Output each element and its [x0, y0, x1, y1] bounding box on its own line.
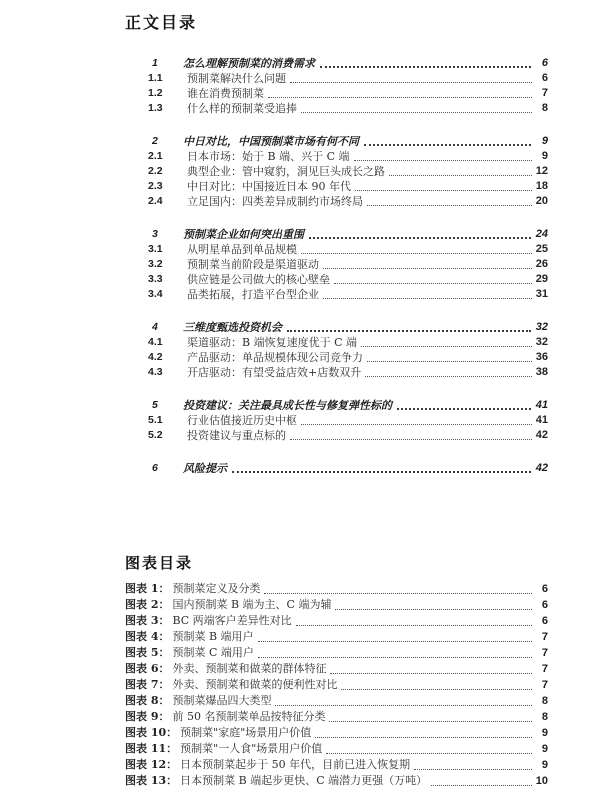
subsection-title: 预制菜解决什么问题: [187, 71, 286, 86]
page-number: 7: [534, 86, 548, 101]
page-number: 32: [534, 335, 548, 350]
figure-entry[interactable]: 图表 8： 预制菜爆品四大类型 8: [125, 693, 548, 709]
subsection-title: 什么样的预制菜受追捧: [187, 101, 297, 116]
dot-leader: [365, 376, 532, 377]
page-number: 42: [534, 428, 548, 443]
subsection-number: 5.2: [148, 428, 187, 443]
section-number: 5: [152, 398, 183, 413]
dot-leader: [268, 97, 532, 98]
figure-label: 图表 5：: [125, 645, 169, 661]
figure-label: 图表 7：: [125, 677, 169, 693]
page-number: 12: [534, 164, 548, 179]
toc-subentry[interactable]: 2.2 典型企业：管中窥豹，洞见巨头成长之路 12: [125, 164, 548, 179]
toc-subentry[interactable]: 2.1 日本市场：始于 B 端、兴于 C 端 9: [125, 149, 548, 164]
subsection-title: 开店驱动：有望受益店效+店数双升: [187, 365, 361, 380]
dot-leader: [323, 268, 532, 269]
toc-subentry[interactable]: 3.1 从明星单品到单品规模 25: [125, 242, 548, 257]
subsection-number: 4.1: [148, 335, 187, 350]
toc-subentry[interactable]: 4.3 开店驱动：有望受益店效+店数双升 38: [125, 365, 548, 380]
page-number: 9: [534, 134, 548, 149]
subsection-title: 供应链是公司做大的核心壁垒: [187, 272, 330, 287]
figure-entry[interactable]: 图表 13： 日本预制菜 B 端起步更快、C 端潜力更强（万吨） 10: [125, 773, 548, 789]
dot-leader: [355, 190, 532, 191]
page-number: 32: [534, 320, 548, 335]
toc-section-entry[interactable]: 6 风险提示 42: [125, 461, 548, 476]
dot-leader: [290, 82, 532, 83]
toc-subentry[interactable]: 3.2 预制菜当前阶段是渠道驱动 26: [125, 257, 548, 272]
main-toc-title: 正文目录: [125, 14, 548, 32]
figure-label: 图表 13：: [125, 773, 177, 789]
toc-subentry[interactable]: 1.2 谁在消费预制菜 7: [125, 86, 548, 101]
section-title: 怎么理解预制菜的消费需求: [183, 56, 315, 71]
dot-leader: [326, 753, 532, 754]
toc-subentry[interactable]: 2.4 立足国内：四类差异成制约市场终局 20: [125, 194, 548, 209]
subsection-number: 4.3: [148, 365, 187, 380]
subsection-number: 3.1: [148, 242, 187, 257]
page-number: 6: [534, 71, 548, 86]
dot-leader: [414, 769, 532, 770]
figure-label: 图表 12：: [125, 757, 177, 773]
page-number: 42: [534, 461, 548, 476]
toc-subentry[interactable]: 1.3 什么样的预制菜受追捧 8: [125, 101, 548, 116]
page-number: 6: [534, 613, 548, 629]
figure-label: 图表 9：: [125, 709, 169, 725]
subsection-title: 从明星单品到单品规模: [187, 242, 297, 257]
figures-toc-list: 图表 1： 预制菜定义及分类 6 图表 2： 国内预制菜 B 端为主、C 端为辅…: [125, 581, 548, 789]
toc-subentry[interactable]: 5.2 投资建议与重点标的 42: [125, 428, 548, 443]
figure-title: 前 50 名预制菜单品按特征分类: [172, 709, 325, 725]
toc-section: 6 风险提示 42: [125, 461, 548, 476]
figure-title: 外卖、预制菜和做菜的便利性对比: [172, 677, 337, 693]
section-title: 预制菜企业如何突出重围: [183, 227, 304, 242]
subsection-number: 2.3: [148, 179, 187, 194]
figure-entry[interactable]: 图表 5： 预制菜 C 端用户 7: [125, 645, 548, 661]
toc-subentry[interactable]: 2.3 中日对比：中国接近日本 90 年代 18: [125, 179, 548, 194]
page-number: 6: [534, 581, 548, 597]
subsection-number: 1.2: [148, 86, 187, 101]
dot-leader: [315, 737, 532, 738]
page-number: 20: [534, 194, 548, 209]
dot-leader: [361, 346, 532, 347]
figure-title: 外卖、预制菜和做菜的群体特征: [172, 661, 326, 677]
subsection-title: 渠道驱动：B 端恢复速度优于 C 端: [187, 335, 357, 350]
figure-title: 日本预制菜起步于 50 年代，目前已进入恢复期: [180, 757, 410, 773]
dot-leader: [335, 609, 532, 610]
subsection-number: 1.1: [148, 71, 187, 86]
subsection-number: 2.4: [148, 194, 187, 209]
dot-leader: [364, 144, 531, 146]
section-number: 3: [152, 227, 183, 242]
dot-leader: [264, 593, 532, 594]
subsection-title: 日本市场：始于 B 端、兴于 C 端: [187, 149, 350, 164]
toc-section: 3 预制菜企业如何突出重围 24 3.1 从明星单品到单品规模 25 3.2 预…: [125, 227, 548, 302]
page-number: 7: [534, 645, 548, 661]
subsection-title: 典型企业：管中窥豹，洞见巨头成长之路: [187, 164, 385, 179]
figure-title: 预制菜"家庭"场景用户价值: [180, 725, 311, 741]
dot-leader: [290, 439, 532, 440]
dot-leader: [431, 785, 532, 786]
dot-leader: [301, 112, 532, 113]
section-number: 4: [152, 320, 183, 335]
subsection-title: 品类拓展，打造平台型企业: [187, 287, 319, 302]
main-toc-list: 1 怎么理解预制菜的消费需求 6 1.1 预制菜解决什么问题 6 1.2 谁在消…: [125, 56, 548, 476]
dot-leader: [334, 283, 532, 284]
figure-entry[interactable]: 图表 4： 预制菜 B 端用户 7: [125, 629, 548, 645]
page-number: 26: [534, 257, 548, 272]
page-number: 38: [534, 365, 548, 380]
page-number: 9: [534, 149, 548, 164]
figure-title: 日本预制菜 B 端起步更快、C 端潜力更强（万吨）: [180, 773, 427, 789]
subsection-number: 2.1: [148, 149, 187, 164]
subsection-number: 4.2: [148, 350, 187, 365]
section-number: 1: [152, 56, 183, 71]
toc-subentry[interactable]: 3.4 品类拓展，打造平台型企业 31: [125, 287, 548, 302]
figure-entry[interactable]: 图表 3： BC 两端客户差异性对比 6: [125, 613, 548, 629]
toc-section-entry[interactable]: 4 三维度甄选投资机会 32: [125, 320, 548, 335]
figure-entry[interactable]: 图表 10： 预制菜"家庭"场景用户价值 9: [125, 725, 548, 741]
subsection-number: 3.4: [148, 287, 187, 302]
page-number: 31: [534, 287, 548, 302]
dot-leader: [258, 657, 532, 658]
subsection-title: 立足国内：四类差异成制约市场终局: [187, 194, 363, 209]
figure-title: 预制菜爆品四大类型: [172, 693, 271, 709]
dot-leader: [301, 253, 532, 254]
section-number: 6: [152, 461, 183, 476]
toc-section: 5 投资建议：关注最具成长性与修复弹性标的 41 5.1 行业估值接近历史中枢 …: [125, 398, 548, 443]
page-number: 36: [534, 350, 548, 365]
figure-title: 预制菜 B 端用户: [172, 629, 253, 645]
figure-label: 图表 1：: [125, 581, 169, 597]
dot-leader: [367, 205, 532, 206]
toc-subentry[interactable]: 3.3 供应链是公司做大的核心壁垒 29: [125, 272, 548, 287]
section-items: 1.1 预制菜解决什么问题 6 1.2 谁在消费预制菜 7 1.3 什么样的预制…: [125, 71, 548, 116]
figure-entry[interactable]: 图表 12： 日本预制菜起步于 50 年代，目前已进入恢复期 9: [125, 757, 548, 773]
toc-subentry[interactable]: 1.1 预制菜解决什么问题 6: [125, 71, 548, 86]
toc-section-entry[interactable]: 3 预制菜企业如何突出重围 24: [125, 227, 548, 242]
dot-leader: [309, 237, 531, 239]
toc-page: 正文目录 1 怎么理解预制菜的消费需求 6 1.1 预制菜解决什么问题 6 1.…: [0, 0, 600, 804]
section-title: 风险提示: [183, 461, 227, 476]
page-number: 7: [534, 661, 548, 677]
figure-entry[interactable]: 图表 1： 预制菜定义及分类 6: [125, 581, 548, 597]
figure-title: 预制菜定义及分类: [172, 581, 260, 597]
subsection-title: 行业估值接近历史中枢: [187, 413, 297, 428]
subsection-title: 中日对比：中国接近日本 90 年代: [187, 179, 351, 194]
toc-subentry[interactable]: 4.1 渠道驱动：B 端恢复速度优于 C 端 32: [125, 335, 548, 350]
figure-label: 图表 2：: [125, 597, 169, 613]
toc-section-entry[interactable]: 2 中日对比，中国预制菜市场有何不同 9: [125, 134, 548, 149]
dot-leader: [389, 175, 532, 176]
dot-leader: [320, 66, 531, 68]
figure-title: 预制菜 C 端用户: [172, 645, 253, 661]
figure-title: 国内预制菜 B 端为主、C 端为辅: [172, 597, 331, 613]
figure-title: BC 两端客户差异性对比: [172, 613, 291, 629]
toc-section-entry[interactable]: 1 怎么理解预制菜的消费需求 6: [125, 56, 548, 71]
subsection-title: 预制菜当前阶段是渠道驱动: [187, 257, 319, 272]
figure-label: 图表 3：: [125, 613, 169, 629]
dot-leader: [329, 721, 532, 722]
page-number: 7: [534, 629, 548, 645]
figure-entry[interactable]: 图表 7： 外卖、预制菜和做菜的便利性对比 7: [125, 677, 548, 693]
section-title: 投资建议：关注最具成长性与修复弹性标的: [183, 398, 392, 413]
figure-label: 图表 4：: [125, 629, 169, 645]
page-number: 9: [534, 725, 548, 741]
toc-section: 1 怎么理解预制菜的消费需求 6 1.1 预制菜解决什么问题 6 1.2 谁在消…: [125, 56, 548, 116]
section-title: 中日对比，中国预制菜市场有何不同: [183, 134, 359, 149]
subsection-number: 1.3: [148, 101, 187, 116]
figure-label: 图表 6：: [125, 661, 169, 677]
page-number: 18: [534, 179, 548, 194]
page-number: 6: [534, 56, 548, 71]
page-number: 41: [534, 413, 548, 428]
section-items: 4.1 渠道驱动：B 端恢复速度优于 C 端 32 4.2 产品驱动：单品规模体…: [125, 335, 548, 380]
section-number: 2: [152, 134, 183, 149]
figure-entry[interactable]: 图表 2： 国内预制菜 B 端为主、C 端为辅 6: [125, 597, 548, 613]
section-items: 2.1 日本市场：始于 B 端、兴于 C 端 9 2.2 典型企业：管中窥豹，洞…: [125, 149, 548, 209]
dot-leader: [296, 625, 532, 626]
figure-entry[interactable]: 图表 11： 预制菜"一人食"场景用户价值 9: [125, 741, 548, 757]
dot-leader: [367, 361, 532, 362]
subsection-number: 3.2: [148, 257, 187, 272]
figure-label: 图表 11：: [125, 741, 177, 757]
figure-entry[interactable]: 图表 6： 外卖、预制菜和做菜的群体特征 7: [125, 661, 548, 677]
page-number: 25: [534, 242, 548, 257]
dot-leader: [397, 408, 531, 410]
page-number: 41: [534, 398, 548, 413]
dot-leader: [258, 641, 532, 642]
dot-leader: [287, 330, 531, 332]
page-number: 9: [534, 741, 548, 757]
section-items: 3.1 从明星单品到单品规模 25 3.2 预制菜当前阶段是渠道驱动 26 3.…: [125, 242, 548, 302]
toc-subentry[interactable]: 4.2 产品驱动：单品规模体现公司竞争力 36: [125, 350, 548, 365]
dot-leader: [330, 673, 532, 674]
figure-title: 预制菜"一人食"场景用户价值: [180, 741, 322, 757]
subsection-number: 3.3: [148, 272, 187, 287]
subsection-number: 2.2: [148, 164, 187, 179]
toc-section-entry[interactable]: 5 投资建议：关注最具成长性与修复弹性标的 41: [125, 398, 548, 413]
toc-subentry[interactable]: 5.1 行业估值接近历史中枢 41: [125, 413, 548, 428]
section-title: 三维度甄选投资机会: [183, 320, 282, 335]
page-number: 8: [534, 709, 548, 725]
dot-leader: [354, 160, 533, 161]
dot-leader: [341, 689, 532, 690]
figure-entry[interactable]: 图表 9： 前 50 名预制菜单品按特征分类 8: [125, 709, 548, 725]
page-number: 10: [534, 773, 548, 789]
page-number: 29: [534, 272, 548, 287]
page-number: 9: [534, 757, 548, 773]
page-number: 8: [534, 693, 548, 709]
toc-section: 4 三维度甄选投资机会 32 4.1 渠道驱动：B 端恢复速度优于 C 端 32…: [125, 320, 548, 380]
figures-toc-title: 图表目录: [125, 554, 548, 572]
subsection-title: 投资建议与重点标的: [187, 428, 286, 443]
dot-leader: [323, 298, 532, 299]
page-number: 24: [534, 227, 548, 242]
dot-leader: [232, 471, 531, 473]
page-number: 7: [534, 677, 548, 693]
subsection-title: 谁在消费预制菜: [187, 86, 264, 101]
section-items: 5.1 行业估值接近历史中枢 41 5.2 投资建议与重点标的 42: [125, 413, 548, 443]
dot-leader: [275, 705, 532, 706]
toc-section: 2 中日对比，中国预制菜市场有何不同 9 2.1 日本市场：始于 B 端、兴于 …: [125, 134, 548, 209]
toc-content: 正文目录 1 怎么理解预制菜的消费需求 6 1.1 预制菜解决什么问题 6 1.…: [125, 14, 548, 789]
figure-label: 图表 8：: [125, 693, 169, 709]
page-number: 8: [534, 101, 548, 116]
page-number: 6: [534, 597, 548, 613]
subsection-number: 5.1: [148, 413, 187, 428]
subsection-title: 产品驱动：单品规模体现公司竞争力: [187, 350, 363, 365]
dot-leader: [301, 424, 532, 425]
figure-label: 图表 10：: [125, 725, 177, 741]
